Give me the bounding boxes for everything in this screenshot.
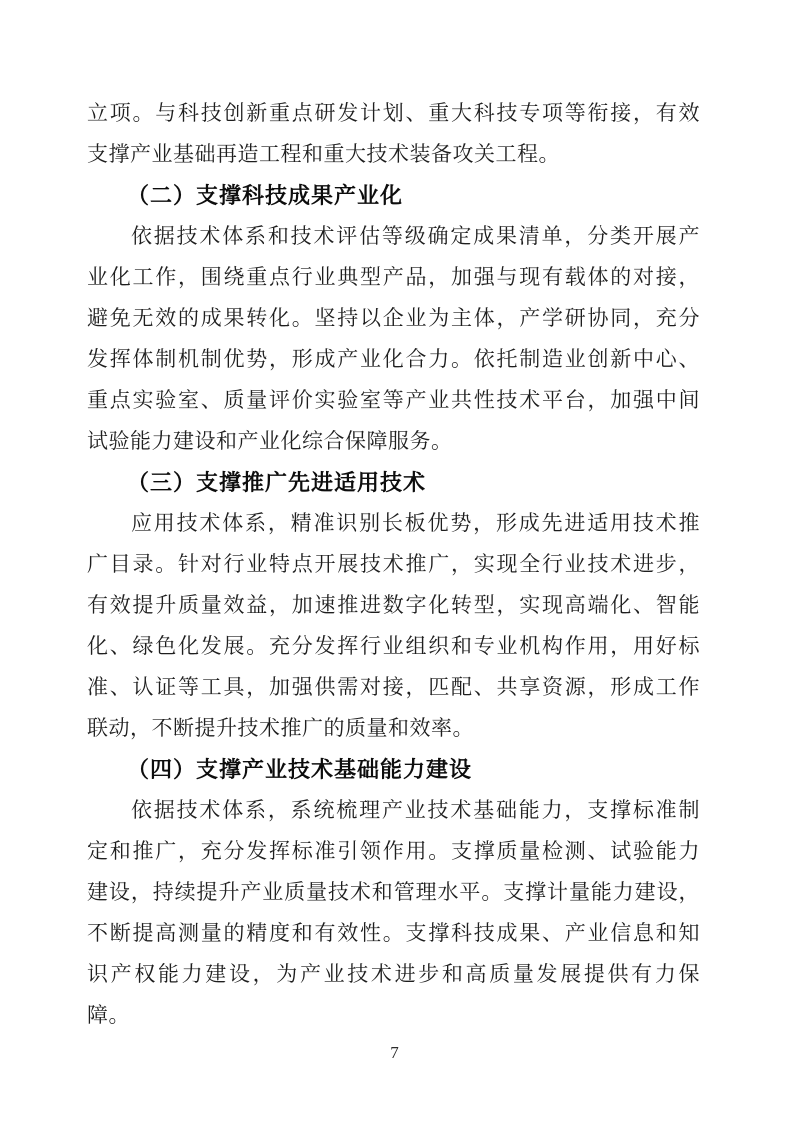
paragraph-line: 重点实验室、质量评价实验室等产业共性技术平台，加强中间	[87, 380, 700, 421]
paragraph-line: 不断提高测量的精度和有效性。支撑科技成果、产业信息和知	[87, 913, 700, 954]
paragraph-line: 化、绿色化发展。充分发挥行业组织和专业机构作用，用好标	[87, 626, 700, 667]
page-footer: 7	[0, 1041, 789, 1065]
document-page: 立项。与科技创新重点研发计划、重大科技专项等衔接，有效支撑产业基础再造工程和重大…	[0, 0, 789, 1122]
paragraph-line: 广目录。针对行业特点开展技术推广，实现全行业技术进步，	[87, 544, 700, 585]
section-heading: （三）支撑推广先进适用技术	[87, 462, 700, 503]
paragraph-line: 业化工作，围绕重点行业典型产品，加强与现有载体的对接，	[87, 257, 700, 298]
section-heading: （二）支撑科技成果产业化	[87, 175, 700, 216]
paragraph-line: 试验能力建设和产业化综合保障服务。	[87, 421, 700, 462]
paragraph-line: 立项。与科技创新重点研发计划、重大科技专项等衔接，有效	[87, 93, 700, 134]
paragraph-line: 依据技术体系和技术评估等级确定成果清单，分类开展产	[87, 216, 700, 257]
paragraph-line: 联动，不断提升技术推广的质量和效率。	[87, 708, 700, 749]
paragraph-line: 发挥体制机制优势，形成产业化合力。依托制造业创新中心、	[87, 339, 700, 380]
paragraph-line: 定和推广，充分发挥标准引领作用。支撑质量检测、试验能力	[87, 831, 700, 872]
paragraph-line: 依据技术体系，系统梳理产业技术基础能力，支撑标准制	[87, 790, 700, 831]
paragraph-line: 应用技术体系，精准识别长板优势，形成先进适用技术推	[87, 503, 700, 544]
paragraph-line: 支撑产业基础再造工程和重大技术装备攻关工程。	[87, 134, 700, 175]
document-body: 立项。与科技创新重点研发计划、重大科技专项等衔接，有效支撑产业基础再造工程和重大…	[87, 93, 700, 1036]
paragraph-line: 准、认证等工具，加强供需对接，匹配、共享资源，形成工作	[87, 667, 700, 708]
section-heading: （四）支撑产业技术基础能力建设	[87, 749, 700, 790]
page-number: 7	[390, 1043, 399, 1062]
paragraph-line: 障。	[87, 995, 700, 1036]
paragraph-line: 建设，持续提升产业质量技术和管理水平。支撑计量能力建设，	[87, 872, 700, 913]
paragraph-line: 识产权能力建设，为产业技术进步和高质量发展提供有力保	[87, 954, 700, 995]
paragraph-line: 有效提升质量效益，加速推进数字化转型，实现高端化、智能	[87, 585, 700, 626]
paragraph-line: 避免无效的成果转化。坚持以企业为主体，产学研协同，充分	[87, 298, 700, 339]
